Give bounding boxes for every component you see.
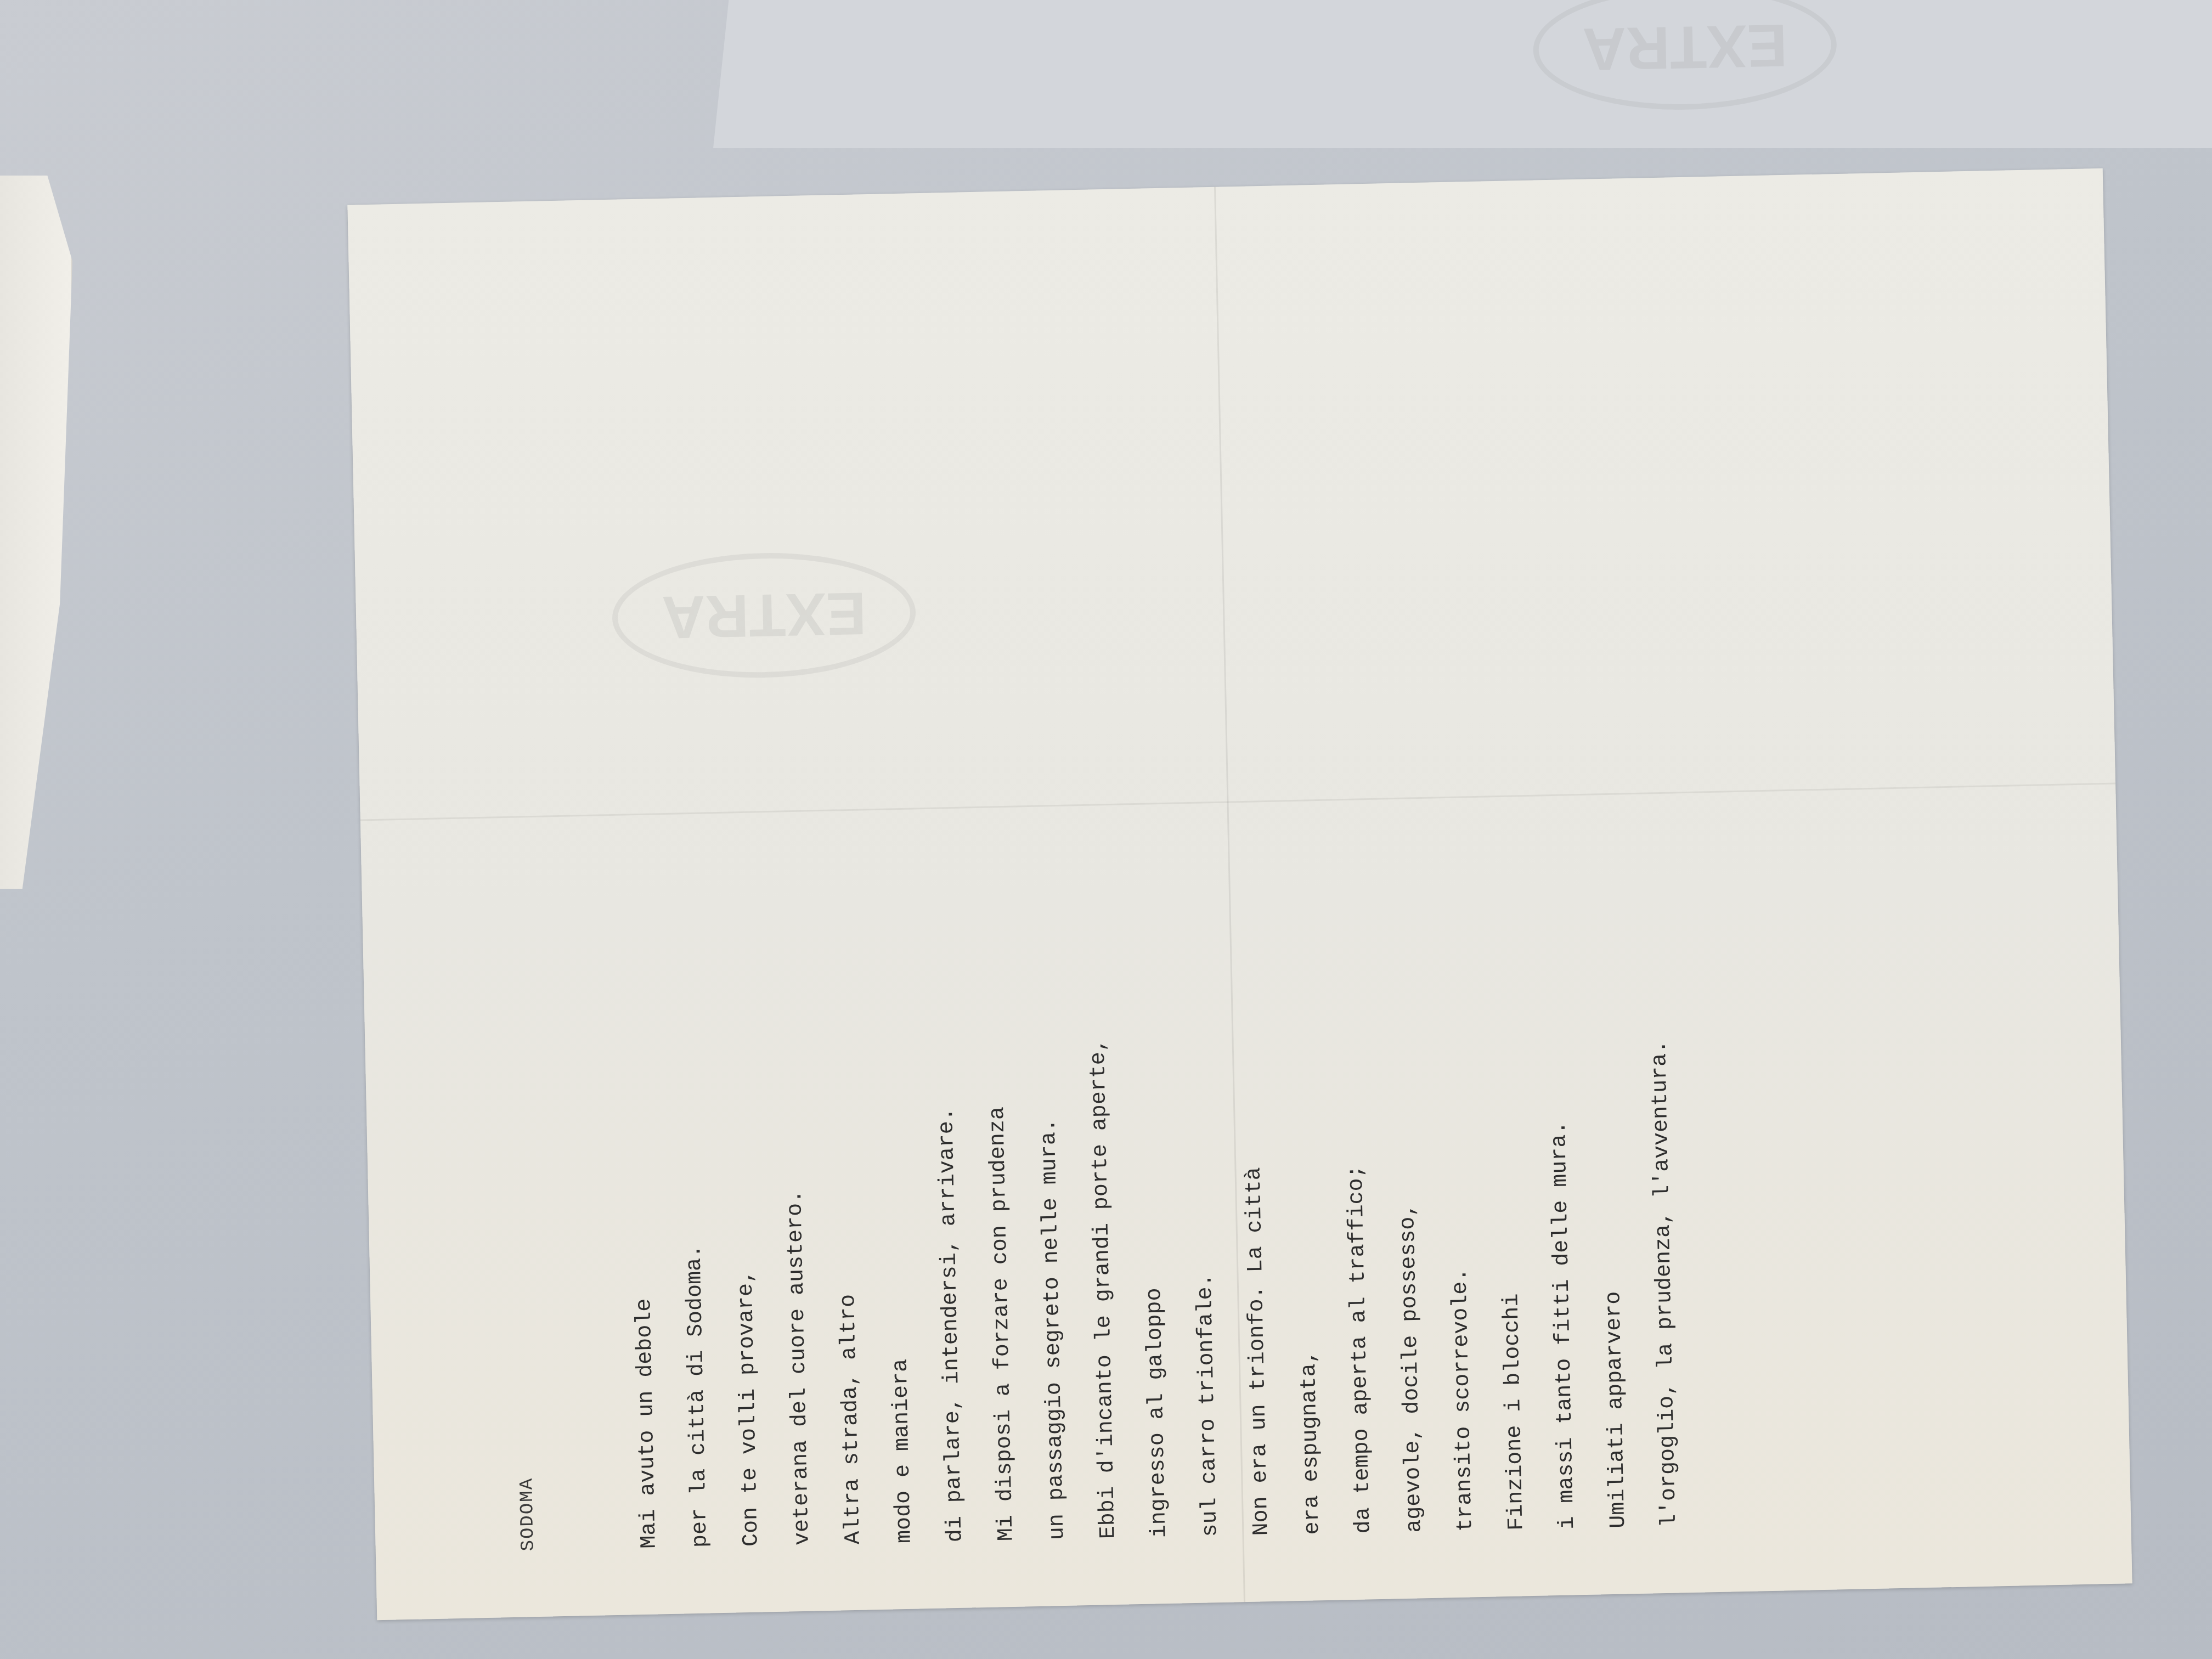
poem-lines: Mai avuto un deboleper la città di Sodom… [629,1026,1711,1549]
poem-line: l'orgoglio, la prudenza, l'avventura. [1649,1026,1710,1527]
table-surface [713,0,2212,148]
watermark: EXTRA [611,550,917,681]
poem-content: EXTRA EXTRA dalla Superbia: da l'om, l'a… [448,263,1791,1553]
paper-stack [0,176,72,889]
poem-title: SODOMA [517,1477,539,1551]
typed-sheet: EXTRA EXTRA dalla Superbia: da l'om, l'a… [347,168,2132,1620]
